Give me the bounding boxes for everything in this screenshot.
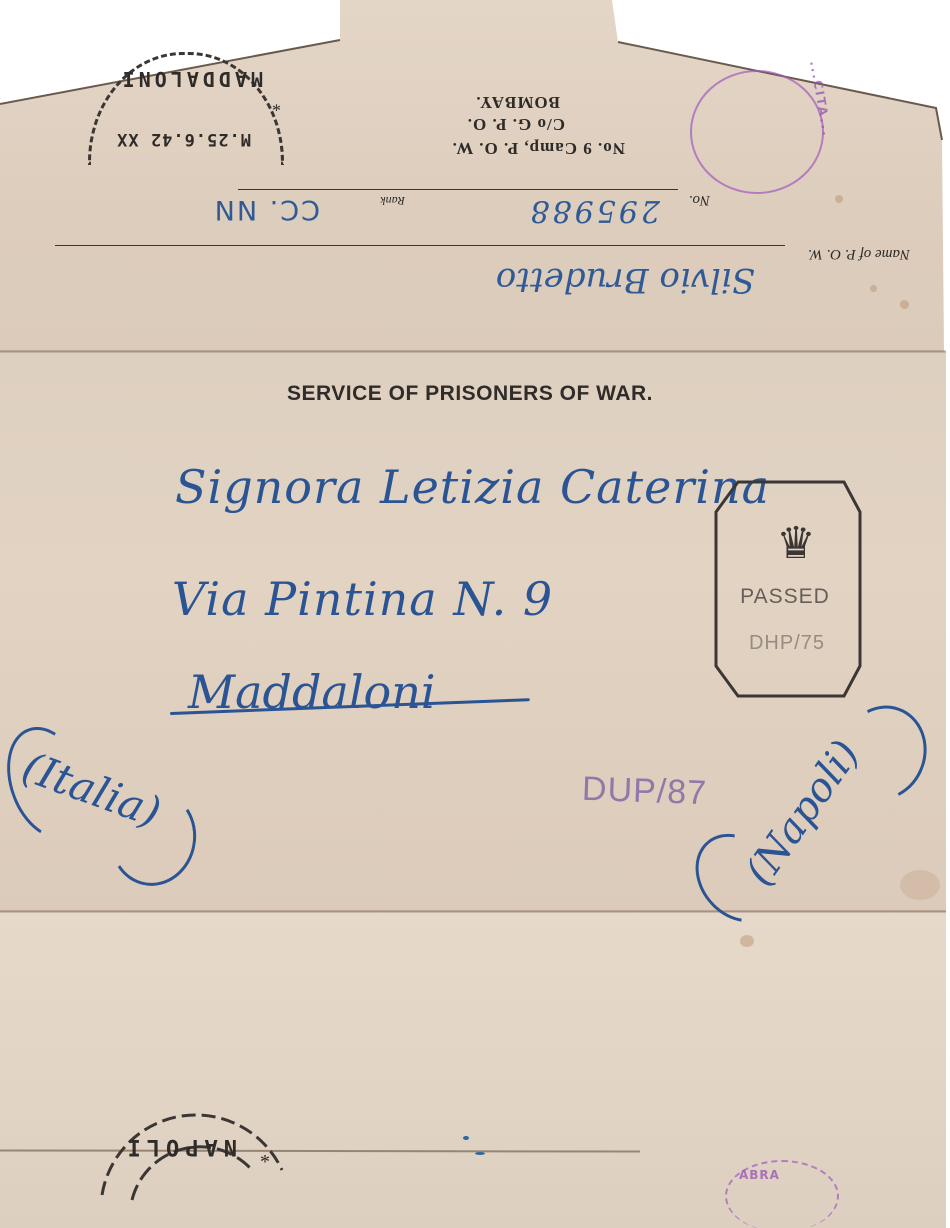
number-line <box>238 189 678 190</box>
recipient-name: Signora Letizia Caterina <box>175 460 770 514</box>
name-label: Name of P. O. W. <box>808 245 910 262</box>
postmark-town: NAPOLI <box>122 1134 237 1159</box>
ink-spot <box>475 1152 485 1155</box>
postmark-maddaloni: MADDALONI M.25.6.42 XX * <box>88 52 284 165</box>
care-of: C/o G. P. O. <box>467 114 565 134</box>
stain <box>740 935 754 947</box>
fold-line <box>0 350 946 353</box>
postmark-date: M.25.6.42 XX <box>116 129 251 149</box>
pow-rank: CC. NN <box>213 194 320 225</box>
star-icon: * <box>260 1151 270 1173</box>
postmark-napoli: NAPOLI * <box>92 1100 292 1228</box>
star-icon: * <box>272 94 281 115</box>
pow-name: Silvio Brudetto <box>496 260 755 300</box>
recipient-street: Via Pintina N. 9 <box>172 572 553 626</box>
rank-label: Rank <box>380 193 405 208</box>
document-title: SERVICE OF PRISONERS OF WAR. <box>0 382 940 406</box>
name-line <box>55 245 785 246</box>
examiner-mark: DUP/87 <box>581 770 707 813</box>
censor-passed-label: PASSED <box>720 585 850 609</box>
number-label: No. <box>689 191 710 208</box>
violet-postmark-bottom: ABRA <box>725 1160 839 1228</box>
censor-code: DHP/75 <box>722 632 852 655</box>
camp-name: No. 9 Camp, P. O. W. <box>452 138 625 158</box>
ink-spot <box>463 1136 469 1140</box>
fold-line <box>0 910 946 913</box>
violet-postmark-text: ABRA <box>739 1168 780 1182</box>
stain <box>900 870 940 900</box>
crown-icon: ♛ <box>768 516 824 572</box>
pow-number: 295988 <box>527 193 660 228</box>
letter-sheet: ...CITA... No. 9 Camp, P. O. W. C/o G. P… <box>0 0 950 1228</box>
postmark-town: MADDALONI <box>119 67 263 91</box>
city: BOMBAY. <box>475 92 560 112</box>
